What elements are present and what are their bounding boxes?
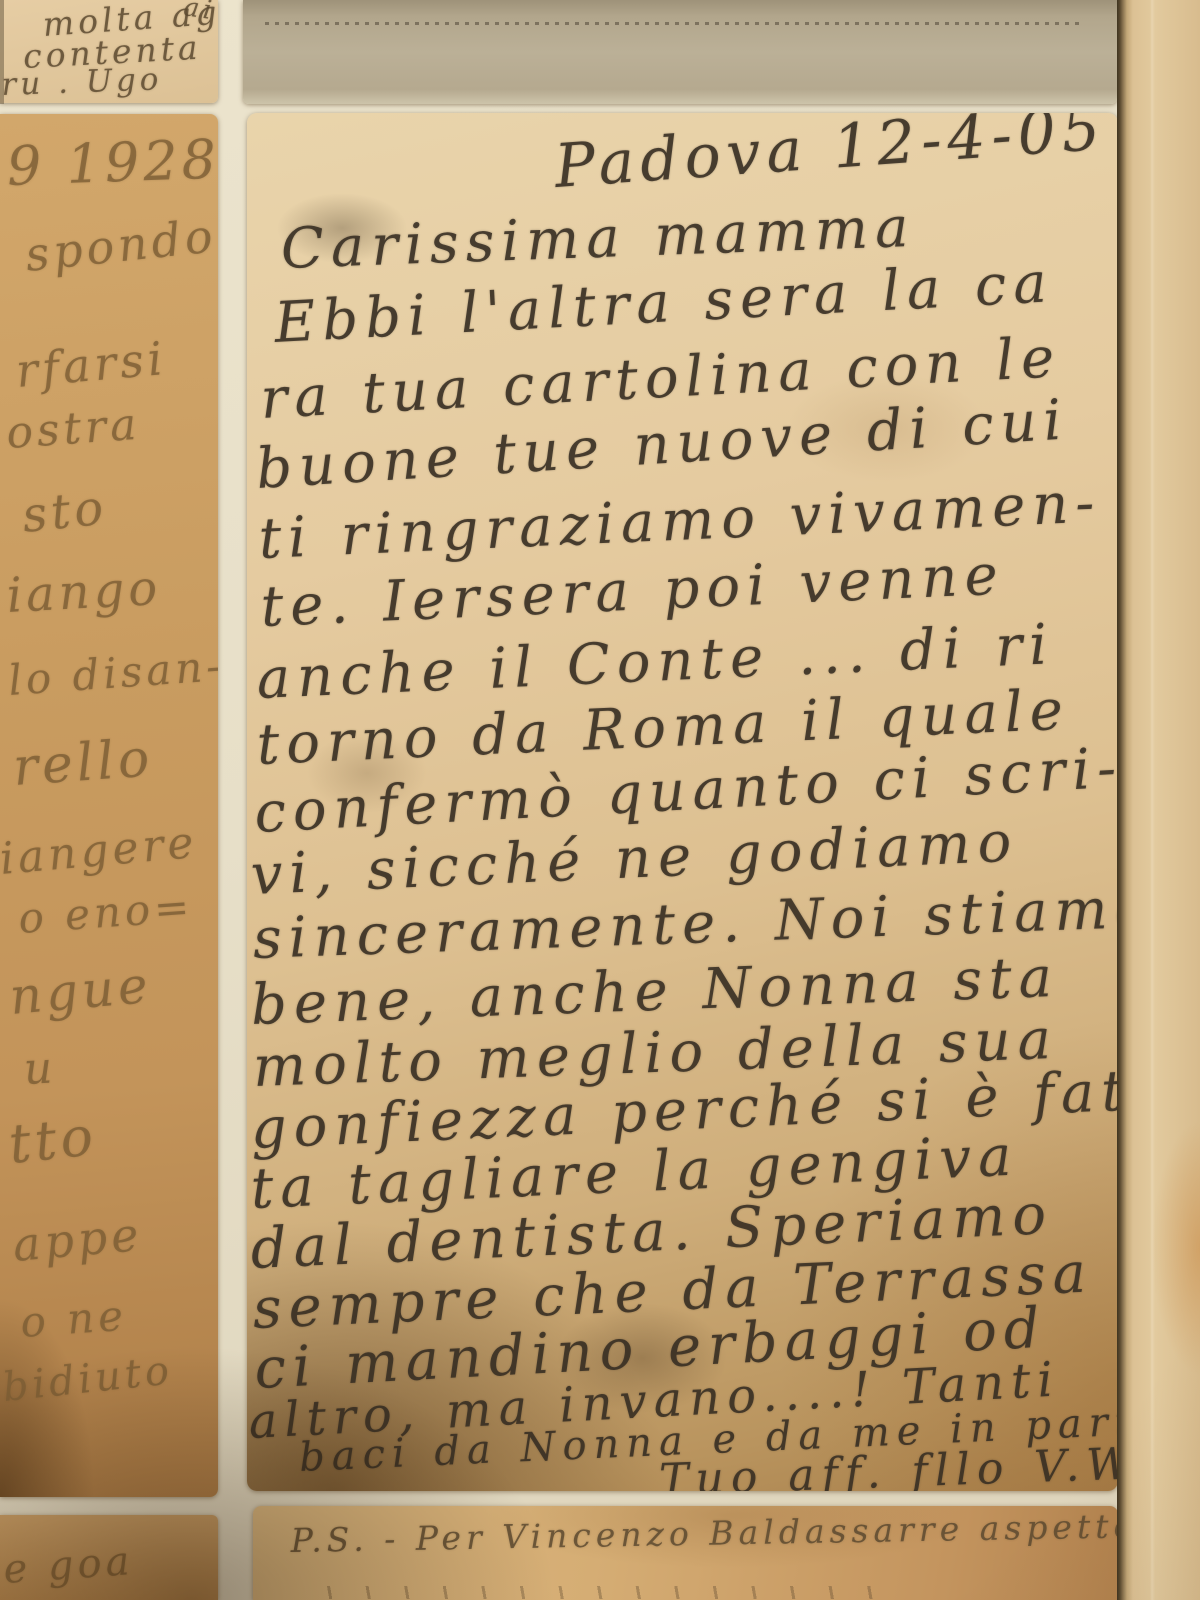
page-crease: [1150, 0, 1155, 1600]
upper-postcard-bottom-edge: [243, 0, 1117, 104]
handwritten-line: rfarsi: [14, 335, 168, 394]
left-postcard-fragment: 9 1928 spondo rfarsi ostra sto iango lo …: [0, 114, 218, 1497]
postscript-line: P.S. - Per Vincenzo Baldassarre aspetto: [290, 1509, 1118, 1557]
lower-postcard-fragment: P.S. - Per Vincenzo Baldassarre aspetto: [253, 1506, 1118, 1600]
handwritten-line: iango: [5, 564, 162, 620]
handwritten-line: o eno=: [17, 886, 195, 940]
handwritten-line: sto: [20, 483, 109, 540]
handwritten-line: u: [23, 1046, 58, 1092]
handwritten-line: e goa: [2, 1541, 134, 1590]
handwritten-line: 9 1928: [6, 133, 218, 194]
handwritten-line: appe: [11, 1211, 144, 1268]
handwritten-line: tto: [6, 1109, 99, 1172]
partial-handwriting-strokes: [313, 1586, 873, 1599]
handwritten-line: rello: [11, 732, 154, 794]
handwritten-line: lo disan-: [7, 645, 218, 702]
handwritten-line: o ne: [19, 1295, 128, 1344]
handwritten-line: ostra: [5, 403, 142, 456]
main-postcard-letter: Padova 12-4-05 Carissima mamma Ebbi l'al…: [247, 113, 1118, 1491]
handwritten-line: ru . Ugo: [1, 64, 163, 101]
handwritten-line: bidiuto: [1, 1350, 175, 1408]
handwritten-line: iangere: [0, 821, 199, 882]
letter-dateline: Padova 12-4-05: [553, 113, 1108, 197]
album-page-edge: [1117, 0, 1200, 1600]
handwritten-line: spondo: [23, 212, 218, 278]
left-top-postcard-fragment: ai molta ag contenta ru . Ugo: [0, 0, 218, 103]
photo-of-postcard-album-page: ai molta ag contenta ru . Ugo 9 1928 spo…: [0, 0, 1200, 1600]
handwritten-line: ngue: [8, 960, 154, 1022]
left-bottom-postcard-fragment: e goa: [0, 1515, 218, 1600]
perforation-dotted-line: [265, 22, 1083, 25]
